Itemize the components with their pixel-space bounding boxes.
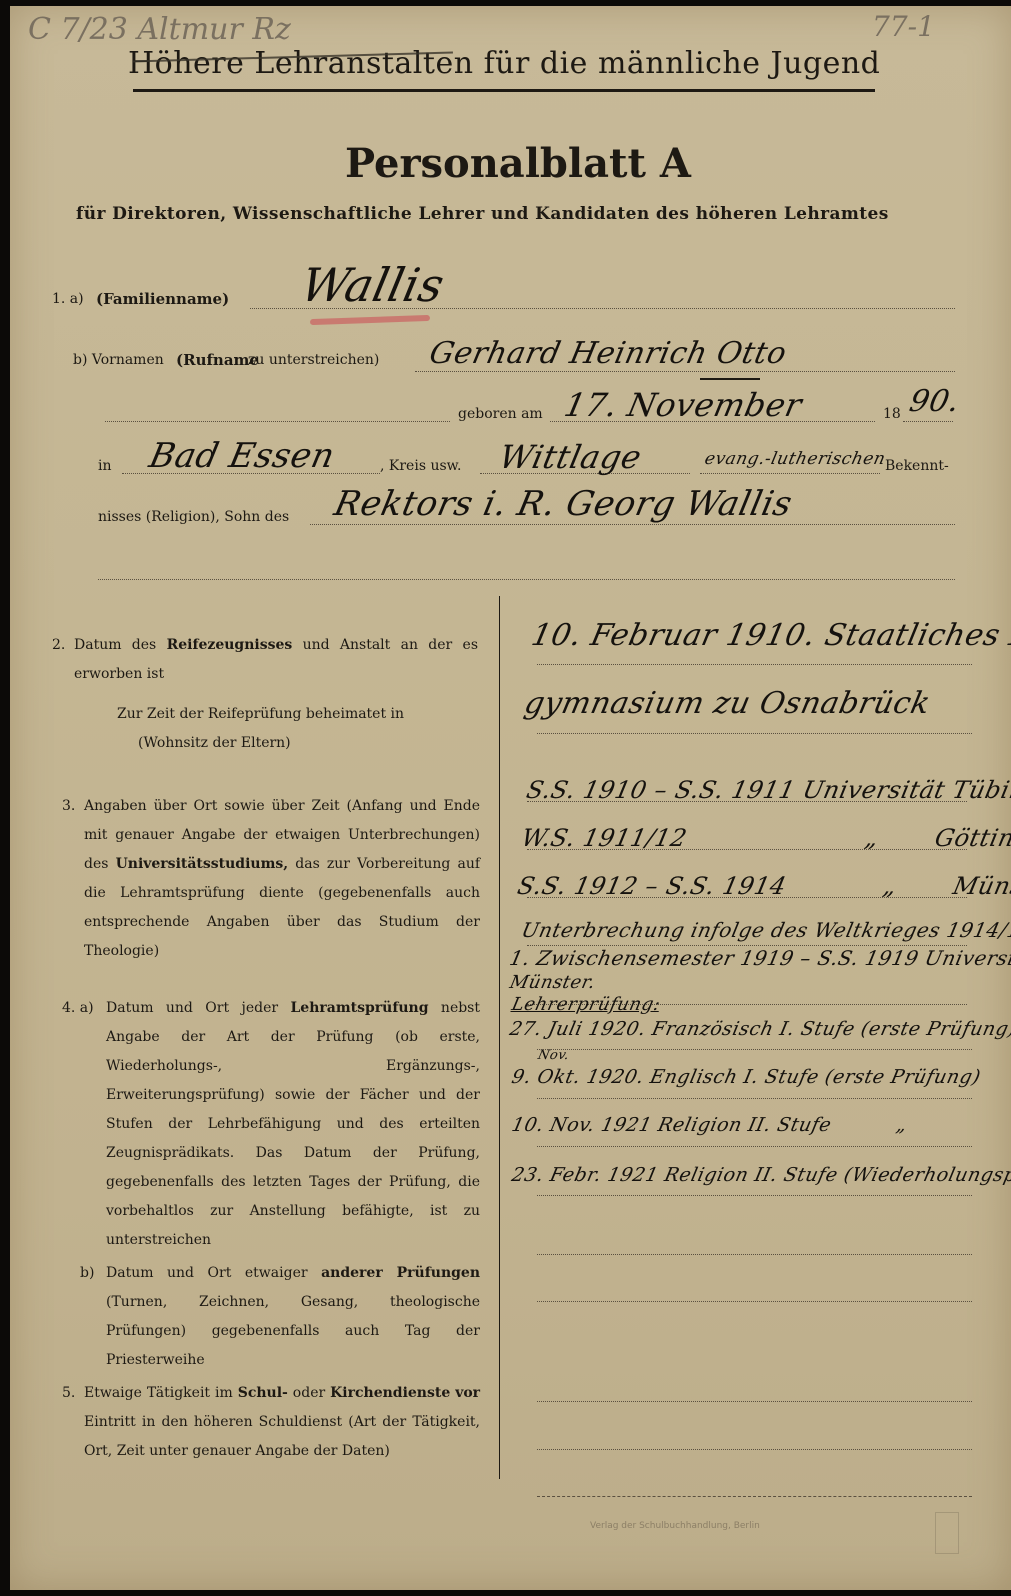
father-line: [310, 524, 955, 525]
s1b-label-suffix: zu unterstreichen): [248, 352, 379, 368]
s1a-number: 1. a): [52, 291, 84, 307]
s3-answer-5: 1. Zwischensemester 1919 – S.S. 1919 Uni…: [507, 946, 1011, 970]
section5-text-bold1: Schul-: [238, 1385, 288, 1401]
section4b-number: b): [80, 1259, 94, 1288]
printer-imprint: Verlag der Schulbuchhandlung, Berlin: [590, 1521, 760, 1531]
s5-answer-line-3: [537, 1496, 972, 1497]
section5-text-bold3: vor: [455, 1385, 480, 1401]
s3-answer-2: W.S. 1911/12 „ Göttingen: [519, 824, 1011, 852]
s1b-label-prefix: b) Vornamen: [73, 352, 164, 368]
in-label: in: [98, 458, 112, 474]
section3-text-bold: Universitätsstudiums,: [116, 856, 289, 872]
s2-answer-1: 10. Februar 1910. Staatliches Real-: [528, 618, 1011, 653]
birthplace-value: Bad Essen: [146, 436, 339, 476]
s4-answer-1: 27. Juli 1920. Französisch I. Stufe (ers…: [508, 1018, 1011, 1040]
year-prefix: 18: [883, 406, 901, 422]
s4-answer-line-5: [537, 1254, 972, 1255]
s4-answer-heading: Lehrerprüfung:: [510, 994, 663, 1015]
kreis-value: Wittlage: [496, 438, 645, 476]
confession-value: evang.-lutherischen: [703, 449, 888, 469]
section4b-question: b) Datum und Ort etwaiger anderer Prüfun…: [106, 1259, 480, 1375]
section5-question: 5. Etwaige Tätigkeit im Schul- oder Kirc…: [84, 1379, 480, 1466]
s2-answer-2: gymnasium zu Osnabrück: [521, 686, 933, 721]
s3-answer-3: S.S. 1912 – S.S. 1914 „ Münster i/W.: [515, 872, 1011, 900]
section5-text-pre: Etwaige Tätigkeit im: [84, 1385, 233, 1401]
s2-answer-line-1: [537, 664, 972, 665]
family-name-value: Wallis: [296, 258, 449, 312]
section4b-text-pre: Datum und Ort etwaiger: [106, 1265, 308, 1281]
s4-answer-line-3: [537, 1146, 972, 1147]
document-page: C 7/23 Altmur Rz 77-1 Höhere Lehranstalt…: [10, 6, 1011, 1590]
section4b-text-post: (Turnen, Zeichnen, Gesang, theologische …: [106, 1294, 480, 1368]
rufname-underline: [700, 378, 760, 380]
birth-date-value: 17. November: [561, 386, 805, 424]
s4-answer-line-6: [537, 1301, 972, 1302]
s4-answer-2: 9. Okt. 1920. Englisch I. Stufe (erste P…: [510, 1066, 983, 1088]
section4a-text-bold: Lehramtsprüfung: [290, 1000, 428, 1016]
section2-subtext-1: Zur Zeit der Reifeprüfung beheimatet in: [117, 706, 404, 722]
s3-answer-1: S.S. 1910 – S.S. 1911 Universität Tübing…: [524, 776, 1011, 804]
header-rule: [133, 89, 875, 92]
s4-answer-4: 23. Febr. 1921 Religion II. Stufe (Wiede…: [510, 1164, 1011, 1186]
section5-text-post: Eintritt in den höheren Schuldienst (Art…: [84, 1414, 480, 1459]
father-value: Rektors i. R. Georg Wallis: [331, 484, 796, 524]
given-names-value: Gerhard Heinrich Otto: [426, 336, 789, 371]
archive-mark-left: C 7/23 Altmur Rz: [28, 12, 291, 47]
s3-answer-4: Unterbrechung infolge des Weltkrieges 19…: [519, 918, 1011, 942]
s4-answer-line-2: [537, 1098, 972, 1099]
section5-text-bold2: Kirchendienste: [330, 1385, 450, 1401]
year-line: [903, 421, 953, 422]
born-label: geboren am: [458, 406, 543, 422]
kreis-label: , Kreis usw.: [380, 458, 461, 474]
section5-text-mid: oder: [293, 1385, 325, 1401]
s1a-label: (Familienname): [96, 290, 229, 308]
s2-answer-line-2: [537, 733, 972, 734]
religion-label: nisses (Religion), Sohn des: [98, 509, 289, 525]
archive-mark-right: 77-1: [872, 10, 935, 43]
section2-text-pre: Datum des: [74, 637, 156, 653]
section4a-text-pre: Datum und Ort jeder: [106, 1000, 278, 1016]
section3-number: 3.: [62, 792, 75, 821]
s4-answer-line-4: [537, 1195, 972, 1196]
section2-number: 2.: [52, 631, 65, 660]
section2-question: 2. Datum des Reifezeugnisses und Anstalt…: [74, 631, 478, 689]
birth-year-value: 90.: [906, 384, 963, 419]
section4a-number: 4. a): [62, 994, 94, 1023]
section5-number: 5.: [62, 1379, 75, 1408]
s4-answer-correction: Nov.: [536, 1048, 570, 1063]
section3-question: 3. Angaben über Ort sowie über Zeit (Anf…: [84, 792, 480, 966]
section4b-text-bold: anderer Prüfungen: [321, 1265, 480, 1281]
s1b-line: [415, 371, 955, 372]
institution-line: Höhere Lehranstalten für die männliche J…: [128, 46, 880, 81]
section4a-question: 4. a) Datum und Ort jeder Lehramtsprüfun…: [106, 994, 480, 1255]
column-divider: [499, 596, 500, 1479]
red-underline: [310, 315, 430, 325]
page-title: Personalblatt A: [345, 140, 691, 187]
section1-end-line: [98, 579, 955, 580]
s4-answer-3: 10. Nov. 1921 Religion II. Stufe „: [510, 1114, 910, 1136]
bekennt-label: Bekennt-: [885, 458, 949, 474]
s1b-label-bold: (Rufname: [176, 351, 259, 369]
printer-stamp-icon: [935, 1512, 959, 1554]
section4a-text-post: nebst Angabe der Art der Prüfung (ob ers…: [106, 1000, 480, 1248]
s1-born-prefix-line: [105, 421, 450, 422]
section2-text-bold: Reifezeugnisses: [167, 637, 293, 653]
s4-answer-line-1: [537, 1049, 972, 1050]
page-subtitle: für Direktoren, Wissenschaftliche Lehrer…: [76, 204, 889, 224]
s3-answer-6: Münster.: [508, 972, 598, 993]
s5-answer-line-2: [537, 1449, 972, 1450]
confession-line: [700, 473, 880, 474]
s5-answer-line-1: [537, 1401, 972, 1402]
section2-subtext-2: (Wohnsitz der Eltern): [138, 735, 291, 751]
